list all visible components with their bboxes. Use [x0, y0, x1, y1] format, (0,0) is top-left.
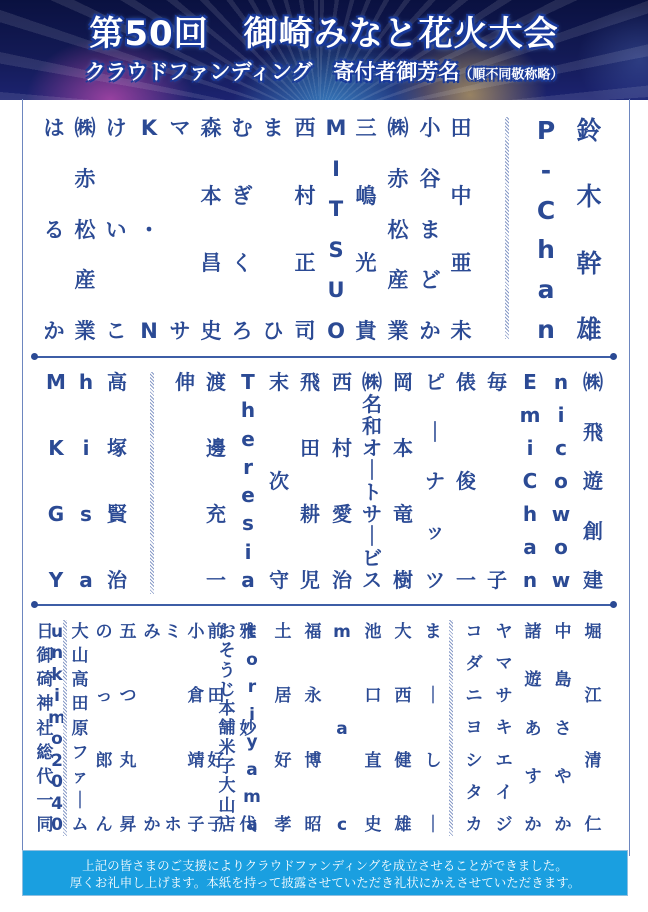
name-char: 村 — [328, 438, 356, 458]
name-char: 賢 — [103, 504, 131, 524]
name-char: ㈱ — [358, 372, 386, 392]
name-char: 高 — [103, 372, 131, 392]
column-divider — [150, 372, 154, 594]
donor-name: EmiChan — [516, 372, 544, 590]
name-char: ジ — [490, 817, 518, 834]
name-char: ㈱ — [579, 372, 607, 392]
name-char: マ — [490, 656, 518, 673]
donor-name: 大西健雄 — [389, 624, 417, 834]
name-char: e — [234, 429, 262, 449]
name-char: c — [547, 438, 575, 458]
name-char: ヤ — [490, 624, 518, 641]
name-char: エ — [490, 753, 518, 770]
name-char: ｜ — [419, 817, 447, 834]
donor-name: マサ — [166, 118, 194, 342]
name-char: 正 — [291, 253, 319, 274]
name-char: か — [549, 817, 577, 834]
donor-name: 森本昌史 — [197, 118, 225, 342]
name-char: こ — [102, 321, 130, 342]
donor-name: コダニヨシタカ — [460, 624, 488, 834]
donor-name: nicowow — [547, 372, 575, 590]
name-char: 建 — [579, 570, 607, 590]
name-char: 堀 — [579, 624, 607, 641]
name-char: ピ — [421, 372, 449, 392]
donor-name: ピ｜ナッツ — [421, 372, 449, 590]
donor-name: 田中亜未 — [447, 118, 475, 342]
name-char: っ — [90, 688, 118, 705]
name-char: 一 — [202, 570, 230, 590]
name-char: 池 — [359, 624, 387, 641]
name-char: 御 — [31, 648, 59, 665]
name-char: 健 — [389, 753, 417, 770]
name-char: ま — [419, 624, 447, 641]
name-char: 名 — [358, 394, 386, 414]
name-char: 妙 — [234, 721, 262, 738]
subtitle-note: （順不同敬称略） — [459, 68, 563, 83]
donor-name: 中島さやか — [549, 624, 577, 834]
name-char: 鈴 — [575, 118, 603, 143]
donor-name: MITSUO — [322, 118, 350, 342]
name-char: サ — [490, 688, 518, 705]
name-char: 俵 — [452, 372, 480, 392]
donor-name: 池口直史 — [359, 624, 387, 834]
name-char: 貴 — [352, 321, 380, 342]
name-char: ㈱ — [384, 118, 412, 139]
name-char: 産 — [384, 270, 412, 291]
donor-name: ま｜し｜ — [419, 624, 447, 834]
name-char: ス — [358, 570, 386, 590]
name-char: イ — [490, 785, 518, 802]
name-char: 口 — [359, 688, 387, 705]
donor-name: みか — [138, 624, 166, 834]
donor-name: 岡本竜樹 — [389, 372, 417, 590]
name-char: ヨ — [460, 720, 488, 737]
name-char: 赤 — [71, 169, 99, 190]
name-char: 一 — [31, 793, 59, 810]
name-char: T — [234, 372, 262, 392]
name-char: む — [228, 118, 256, 139]
name-char: サ — [358, 504, 386, 524]
name-char: E — [516, 372, 544, 392]
name-char: つ — [114, 688, 142, 705]
name-char: 好 — [269, 753, 297, 770]
donor-name: 日御碕神社総代一同 — [31, 624, 59, 834]
column-divider — [449, 620, 453, 836]
name-char: 創 — [579, 521, 607, 541]
name-char: ｜ — [421, 422, 449, 442]
name-char: w — [547, 570, 575, 590]
footer-line-2: 厚くお礼申し上げます。本紙を持って披露させていただき礼状にかえさせていただきます… — [23, 874, 627, 891]
donor-name: 西村正司 — [291, 118, 319, 342]
name-char: 次 — [265, 471, 293, 491]
name-char: し — [419, 753, 447, 770]
name-char: U — [322, 280, 350, 301]
name-char: h — [234, 400, 262, 420]
name-char: キ — [490, 720, 518, 737]
donor-name: むぎくろ — [228, 118, 256, 342]
name-char: シ — [460, 753, 488, 770]
name-char: 田 — [447, 118, 475, 139]
donor-name: hisa — [72, 372, 100, 590]
name-char: か — [138, 817, 166, 834]
name-char: 飛 — [296, 372, 324, 392]
name-char: 嶋 — [352, 186, 380, 207]
name-char: 雄 — [575, 317, 603, 342]
name-char: 児 — [296, 570, 324, 590]
name-char: 小 — [416, 118, 444, 139]
name-char: す — [519, 769, 547, 786]
name-char: か — [519, 817, 547, 834]
name-char: 居 — [269, 688, 297, 705]
name-char: ま — [416, 220, 444, 241]
name-char: ん — [90, 817, 118, 834]
name-char: 耕 — [296, 504, 324, 524]
name-char: 光 — [352, 253, 380, 274]
name-char: 諸 — [519, 624, 547, 641]
name-char: 松 — [384, 220, 412, 241]
name-char: 社 — [31, 721, 59, 738]
name-char: ト — [358, 482, 386, 502]
name-char: w — [547, 504, 575, 524]
name-char: 和 — [358, 416, 386, 436]
name-char: T — [322, 199, 350, 220]
name-char: G — [42, 504, 70, 524]
name-char: 同 — [31, 817, 59, 834]
donor-name: ㈱名和オ｜トサ｜ビス — [358, 372, 386, 590]
name-char: a — [516, 537, 544, 557]
donor-name: MKGY — [42, 372, 70, 590]
donor-name: まひ — [259, 118, 287, 342]
donor-name: 雅妙代 — [234, 624, 262, 834]
name-char: る — [40, 220, 68, 241]
donor-name: mac — [328, 624, 356, 834]
name-char: 碕 — [31, 672, 59, 689]
donor-name: 渡邊充一 — [202, 372, 230, 590]
name-char: o — [547, 471, 575, 491]
name-char: 業 — [384, 321, 412, 342]
name-char: a — [328, 721, 356, 738]
name-char: 江 — [579, 688, 607, 705]
name-char: h — [532, 237, 560, 262]
donor-name: けいこ — [102, 118, 130, 342]
name-char: a — [72, 570, 100, 590]
name-char: 赤 — [384, 169, 412, 190]
name-char: 日 — [31, 624, 59, 641]
name-char: m — [516, 405, 544, 425]
column-divider — [505, 117, 509, 339]
name-char: K — [135, 118, 163, 139]
name-char: マ — [166, 118, 194, 139]
name-char: 本 — [389, 438, 417, 458]
name-char: 俊 — [452, 471, 480, 491]
name-char: 福 — [299, 624, 327, 641]
name-char: さ — [549, 721, 577, 738]
donor-name: ㈱飛遊創建 — [579, 372, 607, 590]
name-char: 西 — [328, 372, 356, 392]
name-char: け — [102, 118, 130, 139]
name-char: 村 — [291, 186, 319, 207]
donor-name: はるか — [40, 118, 68, 342]
name-char: ビ — [358, 548, 386, 568]
name-char: は — [40, 118, 68, 139]
name-char: C — [516, 471, 544, 491]
name-char: a — [532, 277, 560, 302]
donor-name: 小谷まどか — [416, 118, 444, 342]
name-char: 飛 — [579, 422, 607, 442]
name-char: 竜 — [389, 504, 417, 524]
name-char: h — [516, 504, 544, 524]
donor-name: 五つ丸昇 — [114, 624, 142, 834]
name-char: 愛 — [328, 504, 356, 524]
name-char: e — [234, 485, 262, 505]
name-char: ぎ — [228, 186, 256, 207]
header-banner: 第50回 御崎みなと花火大会 クラウドファンディング 寄付者御芳名（順不同敬称略… — [0, 0, 648, 100]
name-char: ど — [416, 270, 444, 291]
name-char: 本 — [197, 186, 225, 207]
name-char: c — [328, 817, 356, 834]
donor-name: K・N — [135, 118, 163, 342]
name-char: 博 — [299, 753, 327, 770]
name-char: カ — [460, 817, 488, 834]
name-char: - — [532, 158, 560, 183]
name-char: の — [90, 624, 118, 641]
name-char: 遊 — [519, 672, 547, 689]
name-char: 森 — [197, 118, 225, 139]
name-char: S — [322, 240, 350, 261]
name-char: 史 — [197, 321, 225, 342]
name-char: 清 — [579, 753, 607, 770]
name-char: i — [72, 438, 100, 458]
name-char: ナ — [421, 471, 449, 491]
name-char: ま — [259, 118, 287, 139]
name-char: 未 — [447, 321, 475, 342]
name-char: か — [40, 321, 68, 342]
name-char: 代 — [234, 817, 262, 834]
donor-name: 飛田耕児 — [296, 372, 324, 590]
section-divider — [34, 356, 614, 358]
name-char: ダ — [460, 656, 488, 673]
name-char: 代 — [31, 769, 59, 786]
name-char: n — [532, 317, 560, 342]
name-char: 塚 — [103, 438, 131, 458]
name-char: 丸 — [114, 753, 142, 770]
donor-name: 土居好孝 — [269, 624, 297, 834]
donor-name: 堀江清仁 — [579, 624, 607, 834]
donor-name: 伸 — [171, 372, 199, 590]
name-char: 子 — [483, 570, 511, 590]
name-char: 守 — [265, 570, 293, 590]
name-char: か — [416, 321, 444, 342]
name-char: 樹 — [389, 570, 417, 590]
donor-name: 俵俊一 — [452, 372, 480, 590]
name-char: 永 — [299, 688, 327, 705]
name-char: I — [322, 159, 350, 180]
name-char: 仁 — [579, 817, 607, 834]
name-char: 一 — [452, 570, 480, 590]
donor-name: ヤマサキエイジ — [490, 624, 518, 834]
name-char: M — [42, 372, 70, 392]
name-char: N — [135, 321, 163, 342]
name-char: 大 — [389, 624, 417, 641]
donor-name: Theresia — [234, 372, 262, 590]
name-char: 治 — [328, 570, 356, 590]
donor-name: 毎子 — [483, 372, 511, 590]
name-char: ㈱ — [71, 118, 99, 139]
donor-name: 三嶋光貴 — [352, 118, 380, 342]
name-char: い — [102, 220, 130, 241]
name-char: 三 — [352, 118, 380, 139]
name-char: 亜 — [447, 253, 475, 274]
name-char: M — [322, 118, 350, 139]
name-char: ツ — [421, 570, 449, 590]
name-char: 松 — [71, 220, 99, 241]
name-char: C — [532, 198, 560, 223]
donor-name: 末次守 — [265, 372, 293, 590]
name-char: 岡 — [389, 372, 417, 392]
name-char: 雅 — [234, 624, 262, 641]
name-char: ろ — [228, 321, 256, 342]
name-char: み — [138, 624, 166, 641]
name-char: 遊 — [579, 471, 607, 491]
subtitle-text: クラウドファンディング 寄付者御芳名 — [85, 60, 460, 84]
name-char: i — [516, 438, 544, 458]
name-char: 孝 — [269, 817, 297, 834]
name-char: 土 — [269, 624, 297, 641]
donor-name: 福永博昭 — [299, 624, 327, 834]
name-char: 司 — [291, 321, 319, 342]
name-char: ニ — [460, 688, 488, 705]
name-char: 幹 — [575, 251, 603, 276]
name-char: 神 — [31, 696, 59, 713]
name-char: 邊 — [202, 438, 230, 458]
page-title: 第50回 御崎みなと花火大会 — [0, 6, 648, 55]
name-char: 昇 — [114, 817, 142, 834]
name-char: ・ — [135, 220, 163, 241]
name-char: 中 — [549, 624, 577, 641]
name-char: 田 — [296, 438, 324, 458]
donor-name: のっ郎ん — [90, 624, 118, 834]
name-char: ッ — [421, 521, 449, 541]
name-char: r — [234, 457, 262, 477]
name-char: あ — [519, 721, 547, 738]
name-char: 産 — [71, 270, 99, 291]
name-char: コ — [460, 624, 488, 641]
name-char: o — [547, 537, 575, 557]
section-divider — [34, 604, 614, 606]
name-char: 木 — [575, 184, 603, 209]
name-char: 谷 — [416, 169, 444, 190]
donor-name: 鈴木幹雄 — [575, 118, 603, 342]
name-char: n — [547, 372, 575, 392]
name-char: a — [234, 570, 262, 590]
name-char: 総 — [31, 745, 59, 762]
name-char: く — [228, 253, 256, 274]
name-char: s — [72, 504, 100, 524]
name-char: h — [72, 372, 100, 392]
name-char: O — [322, 321, 350, 342]
name-char: 雄 — [389, 817, 417, 834]
name-char: 郎 — [90, 753, 118, 770]
name-char: ｜ — [358, 460, 386, 480]
name-char: 史 — [359, 817, 387, 834]
name-char: Y — [42, 570, 70, 590]
column-divider — [63, 620, 67, 836]
name-char: 業 — [71, 321, 99, 342]
name-char: P — [532, 118, 560, 143]
donor-name: ㈱赤松産業 — [384, 118, 412, 342]
name-char: 島 — [549, 672, 577, 689]
name-char: 渡 — [202, 372, 230, 392]
name-char: 五 — [114, 624, 142, 641]
name-char: n — [516, 570, 544, 590]
name-char: 昭 — [299, 817, 327, 834]
name-char: i — [234, 542, 262, 562]
name-char: 西 — [389, 688, 417, 705]
name-char: オ — [358, 438, 386, 458]
name-char: 伸 — [171, 372, 199, 392]
name-char: タ — [460, 785, 488, 802]
name-char: 充 — [202, 504, 230, 524]
name-char: 末 — [265, 372, 293, 392]
name-char: サ — [166, 321, 194, 342]
donor-name: 高塚賢治 — [103, 372, 131, 590]
name-char: 毎 — [483, 372, 511, 392]
name-char: s — [234, 513, 262, 533]
footer-message: 上記の皆さまのご支援によりクラウドファンディングを成立させることができました。 … — [22, 850, 628, 896]
name-char: 中 — [447, 186, 475, 207]
name-char: 直 — [359, 753, 387, 770]
donor-name: P-Chan — [532, 118, 560, 342]
donor-name: 西村愛治 — [328, 372, 356, 590]
name-char: ｜ — [358, 526, 386, 546]
name-char: ｜ — [419, 688, 447, 705]
name-char: m — [328, 624, 356, 641]
name-char: i — [547, 405, 575, 425]
name-char: や — [549, 769, 577, 786]
name-char: K — [42, 438, 70, 458]
name-char: ひ — [259, 321, 287, 342]
footer-line-1: 上記の皆さまのご支援によりクラウドファンディングを成立させることができました。 — [23, 857, 627, 874]
page-subtitle: クラウドファンディング 寄付者御芳名（順不同敬称略） — [0, 56, 648, 86]
donor-name: ㈱赤松産業 — [71, 118, 99, 342]
donor-name: 諸遊あすか — [519, 624, 547, 834]
name-char: 治 — [103, 570, 131, 590]
name-char: 西 — [291, 118, 319, 139]
name-char: 昌 — [197, 253, 225, 274]
